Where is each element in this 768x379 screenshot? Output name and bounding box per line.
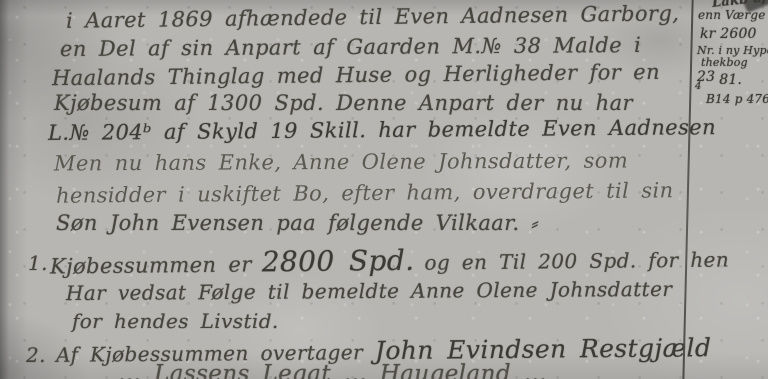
scanned-document-page: { "page": { "colors": { "paper": "#b7b6b… — [0, 0, 768, 379]
handwriting-line-5: L.№ 204ᵇ af Skyld 19 Skill. har bemeldte… — [48, 115, 716, 145]
clause-1-line-2: Har vedsat Følge til bemeldte Anne Olene… — [66, 277, 672, 305]
margin-rule-line — [682, 0, 694, 379]
clause-2-partial-line: … Lassens Legat … Haugeland … — [118, 361, 547, 379]
handwriting-line-6: Men nu hans Enke, Anne Olene Johnsdatter… — [54, 148, 628, 175]
clause-1-line-3: for hendes Livstid. — [72, 309, 279, 333]
clause-1-amount: 2800 Spd. — [262, 244, 415, 279]
handwriting-line-4: Kjøbesum af 1300 Spd. Denne Anpart der n… — [54, 91, 633, 115]
margin-date-month: 4 — [695, 83, 715, 91]
margin-date: 23 4 81. — [697, 72, 742, 91]
margin-date-year: 81. — [719, 72, 742, 88]
handwriting-line-8: Søn John Evensen paa følgende Vilkaar. ⸗ — [56, 211, 539, 236]
list-number-2: 2. — [26, 343, 46, 367]
margin-note-2: kr 2600 — [700, 26, 757, 42]
margin-note-4: thekbog — [701, 56, 748, 69]
handwriting-line-2: en Del af sin Anpart af Gaarden M.№ 38 M… — [60, 33, 641, 61]
handwriting-line-3: Haalands Thinglag med Huse og Herlighede… — [52, 60, 660, 90]
clause-1-text-cont: og en Til 200 Spd. for hen — [424, 247, 729, 274]
clause-1-text: Kjøbessummen er — [50, 252, 252, 278]
margin-reference: B14 p 476 — [706, 92, 768, 106]
margin-date-fraction: 23 4 — [697, 72, 715, 91]
clause-1-line-1: Kjøbessummen er 2800 Spd. og en Til 200 … — [50, 240, 729, 280]
handwriting-line-7: hensidder i uskiftet Bo, efter ham, over… — [56, 178, 674, 207]
handwriting-line-1: i Aaret 1869 afhændede til Even Aadnesen… — [66, 1, 680, 32]
list-number-1: 1. — [28, 251, 48, 275]
margin-note-1: enn Værge — [698, 8, 766, 22]
